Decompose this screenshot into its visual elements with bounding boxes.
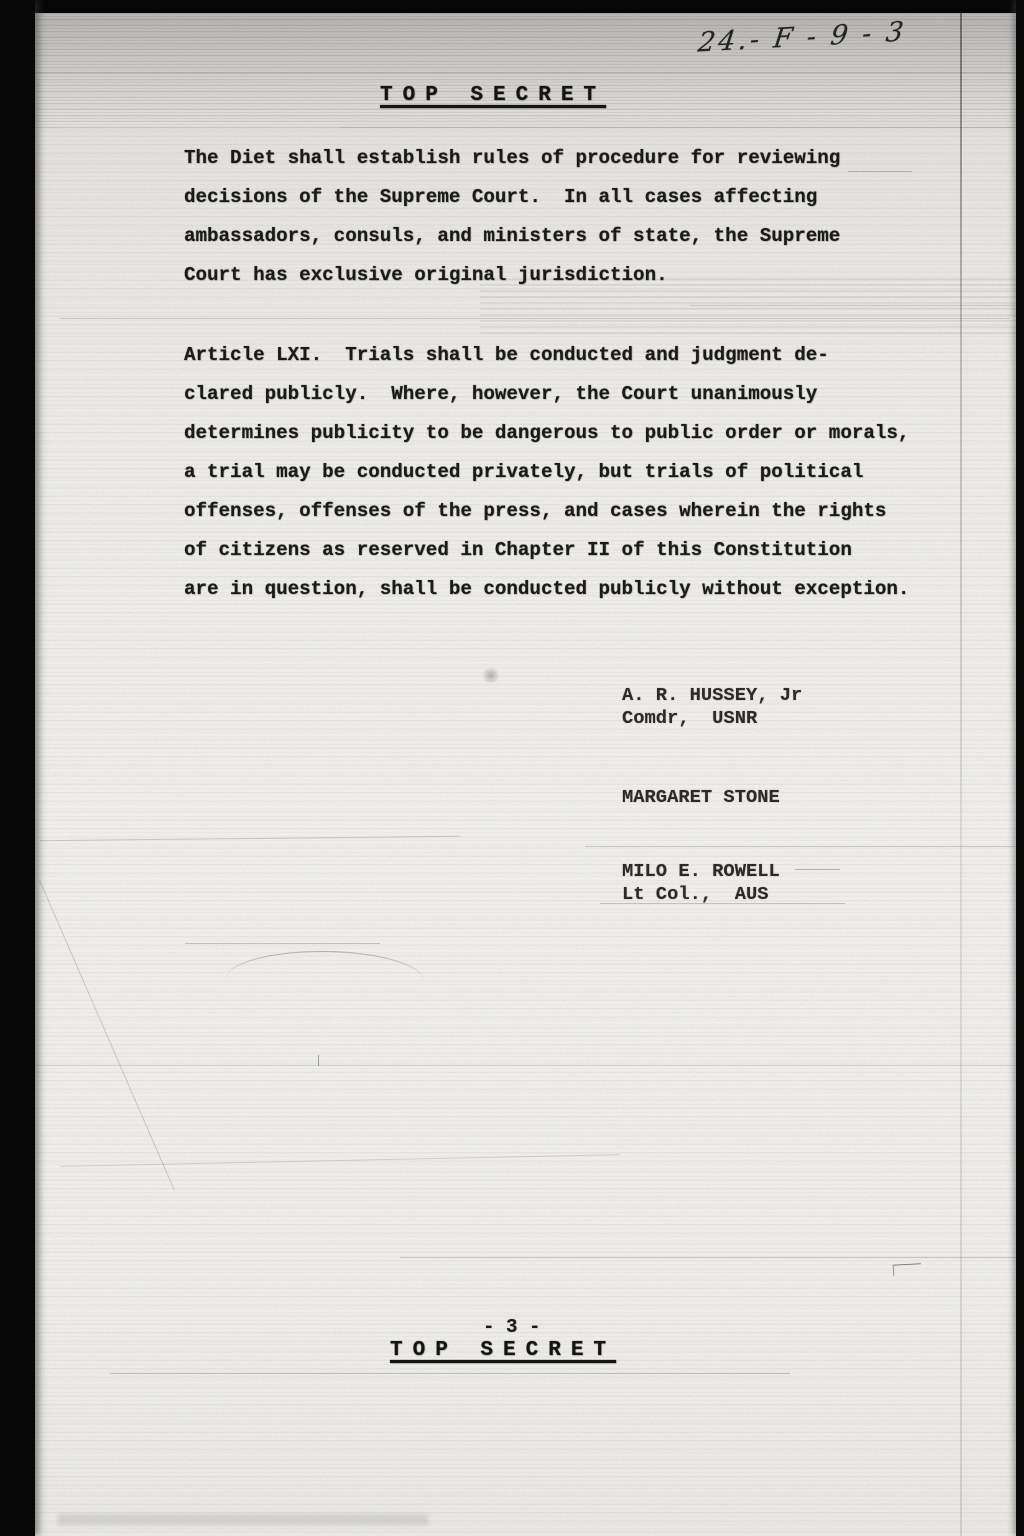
scan-line [690, 305, 1015, 306]
scan-line [848, 171, 912, 172]
scan-line [185, 943, 380, 944]
paragraph-line: The Diet shall establish rules of proced… [184, 139, 840, 178]
crease-vertical [960, 13, 962, 1536]
paragraph-line: determines publicity to be dangerous to … [184, 414, 909, 453]
paragraph-line: are in question, shall be conducted publ… [184, 570, 909, 609]
scan-edge-left [0, 0, 35, 1536]
signatory-title: Comdr, USNR [622, 707, 802, 730]
scan-line [400, 1257, 1024, 1258]
signature-block-stone: MARGARET STONE [622, 786, 780, 809]
paragraph-line: clared publicly. Where, however, the Cou… [184, 375, 909, 414]
scan-mark-bracket [893, 1263, 922, 1275]
scan-line [35, 72, 1015, 73]
scan-line [795, 869, 840, 870]
signatory-title: Lt Col., AUS [622, 883, 780, 906]
paragraph-line: a trial may be conducted privately, but … [184, 453, 909, 492]
paragraph-line: offenses, offenses of the press, and cas… [184, 492, 909, 531]
scan-line [60, 1154, 620, 1167]
paragraph-line: decisions of the Supreme Court. In all c… [184, 178, 840, 217]
scan-smudge-bottom [58, 1514, 428, 1525]
paragraph-line: ambassadors, consuls, and ministers of s… [184, 217, 840, 256]
scan-line [60, 318, 1010, 319]
scan-line [40, 836, 460, 841]
paragraph-line: Court has exclusive original jurisdictio… [184, 256, 840, 295]
scanned-document-page: 24.- F - 9 - 3 TOP SECRET The Diet shall… [0, 0, 1024, 1536]
scan-line [110, 1373, 790, 1374]
signatory-name: MARGARET STONE [622, 786, 780, 809]
classification-header: TOP SECRET [380, 84, 606, 107]
classification-footer: TOP SECRET [390, 1339, 616, 1362]
signatory-name: A. R. HUSSEY, Jr [622, 684, 802, 707]
crease-curve [226, 950, 424, 981]
body-paragraph-2: Article LXI. Trials shall be conducted a… [184, 336, 909, 609]
signature-block-hussey: A. R. HUSSEY, Jr Comdr, USNR [622, 684, 802, 730]
scan-smudge [482, 668, 500, 683]
signature-block-rowell: MILO E. ROWELL Lt Col., AUS [622, 860, 780, 906]
body-paragraph-1: The Diet shall establish rules of proced… [184, 139, 840, 295]
paragraph-line: Article LXI. Trials shall be conducted a… [184, 336, 909, 375]
scan-line [340, 127, 1015, 128]
scan-edge-right [1016, 0, 1024, 1536]
scan-edge-top [0, 0, 1024, 13]
signatory-name: MILO E. ROWELL [622, 860, 780, 883]
paragraph-line: of citizens as reserved in Chapter II of… [184, 531, 909, 570]
scan-line [0, 1065, 1016, 1066]
page-number: - 3 - [483, 1316, 541, 1338]
scan-mark-tick [318, 1055, 319, 1066]
crease-diagonal [39, 880, 175, 1190]
scan-line [585, 846, 1015, 847]
